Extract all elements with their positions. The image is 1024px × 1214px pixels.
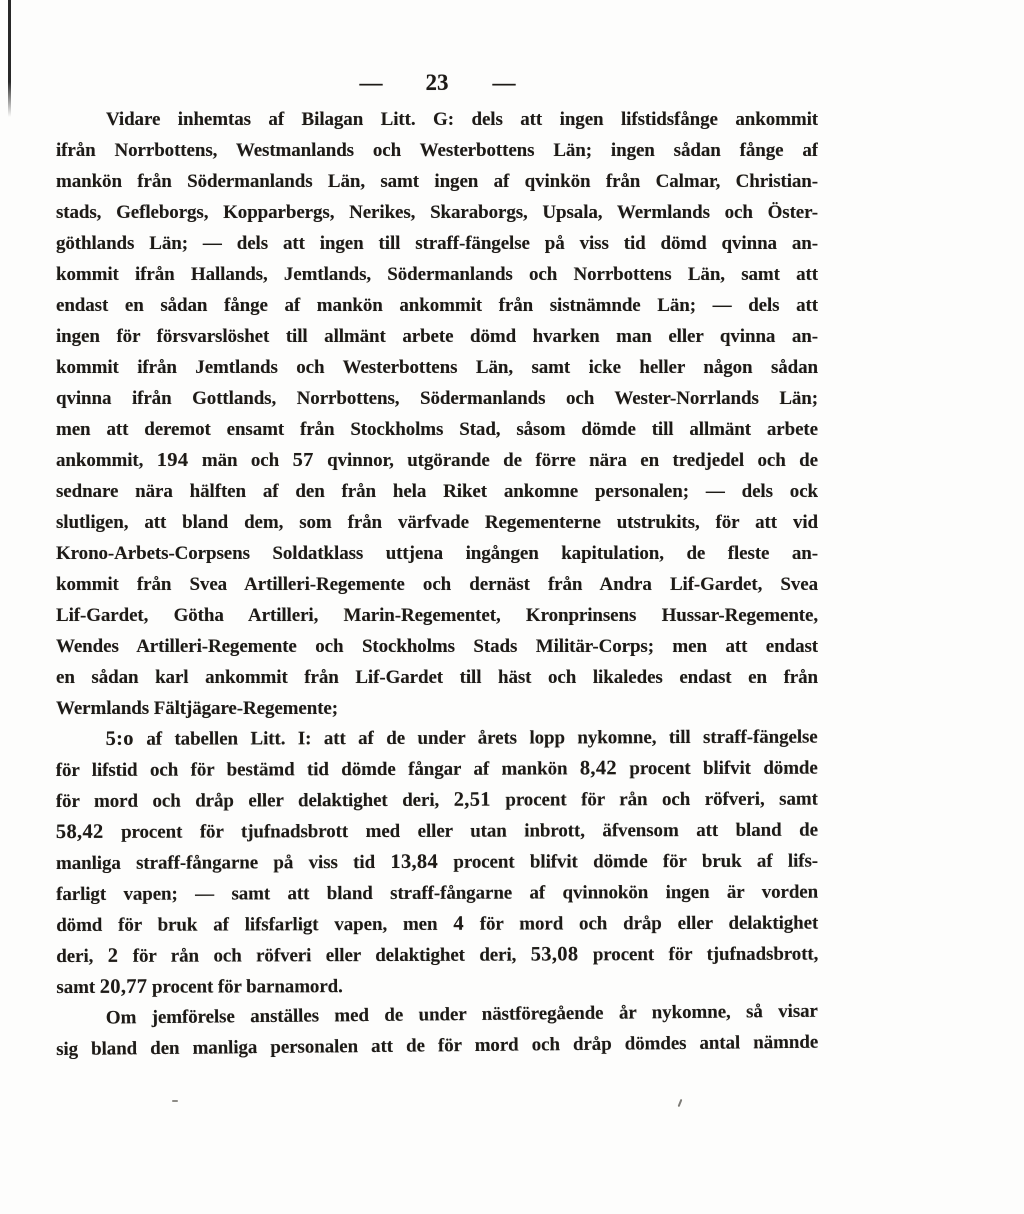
header-dash-left: — [360,70,382,96]
text-line: sednare nära hälften af den från hela Ri… [56,476,818,507]
text-line: för mord och dråp eller delaktighet deri… [56,784,818,817]
text-line: kommit från Svea Artilleri-Regemente och… [56,569,818,600]
text-line: stads, Gefleborgs, Kopparbergs, Nerikes,… [56,197,818,228]
text-line: 5:o af tabellen Litt. I: att af de under… [56,722,818,755]
scanned-document-page: — 23 — Vidare inhemtas af Bilagan Litt. … [0,0,1024,1214]
text-line: mankön från Södermanlands Län, samt inge… [56,166,818,197]
text-line: deri, 2 för rån och röfveri eller delakt… [56,939,818,972]
scan-speck [678,1099,683,1107]
scan-speck [172,1100,178,1102]
paragraph: 5:o af tabellen Litt. I: att af de under… [56,722,819,1003]
page-header: — 23 — [56,70,818,96]
paragraph: Om jemförelse anställes med de under näs… [56,996,819,1065]
header-dash-right: — [493,70,515,96]
text-line: men att deremot ensamt från Stockholms S… [56,414,818,445]
text-line: en sådan karl ankommit från Lif-Gardet t… [56,662,818,693]
text-line: farligt vapen; — samt att bland straff-f… [56,877,818,910]
text-block: Vidare inhemtas af Bilagan Litt. G: dels… [56,104,818,1065]
text-line: ingen för försvarslöshet till allmänt ar… [56,321,818,352]
text-line: Lif-Gardet, Götha Artilleri, Marin-Regem… [56,600,818,631]
text-line: endast en sådan fånge af mankön ankommit… [56,290,818,321]
text-line: 58,42 procent för tjufnadsbrott med elle… [56,815,818,848]
text-line: dömd för bruk af lifsfarligt vapen, men … [56,908,818,941]
scan-edge-artifact [8,0,11,117]
text-line: slutligen, att bland dem, som från värfv… [56,507,818,538]
text-line: sig bland den manliga personalen att de … [56,1027,818,1065]
page-number: 23 [426,70,449,96]
text-line: kommit ifrån Jemtlands och Westerbottens… [56,352,818,383]
text-line: ifrån Norrbottens, Westmanlands och West… [56,135,818,166]
text-line: qvinna ifrån Gottlands, Norrbottens, Söd… [56,383,818,414]
text-line: Wermlands Fältjägare-Regemente; [56,693,818,724]
text-line: för lifstid och för bestämd tid dömde få… [56,753,818,786]
text-line: Krono-Arbets-Corpsens Soldatklass uttjen… [56,538,818,569]
text-line: Vidare inhemtas af Bilagan Litt. G: dels… [56,104,818,135]
text-line: Wendes Artilleri-Regemente och Stockholm… [56,631,818,662]
text-line: manliga straff-fångarne på viss tid 13,8… [56,846,818,879]
text-line: kommit ifrån Hallands, Jemtlands, Söderm… [56,259,818,290]
paragraph: Vidare inhemtas af Bilagan Litt. G: dels… [56,104,818,724]
text-line: göthlands Län; — dels att ingen till str… [56,228,818,259]
text-line: ankommit, 194 män och 57 qvinnor, utgöra… [56,445,818,476]
